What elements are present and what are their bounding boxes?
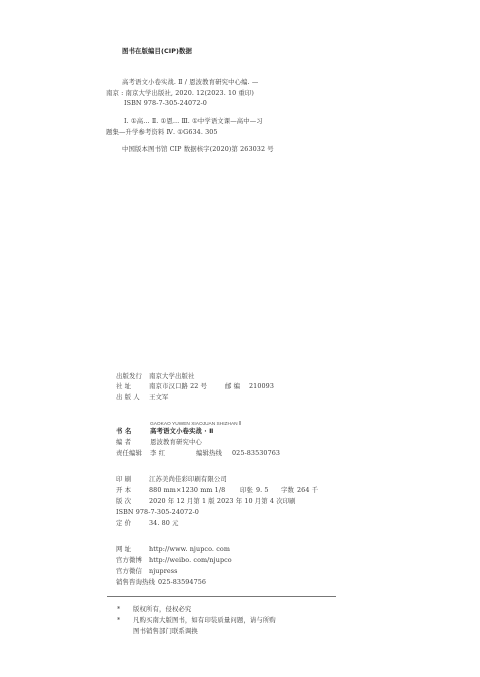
wechat-row: 官方微信njupress xyxy=(116,567,178,576)
note-replacement: *凡购买南大版图书，如有印装质量问题，请与所购 xyxy=(117,616,276,625)
edition-value: 2020 年 12 月第 1 版 2023 年 10 月第 4 次印刷 xyxy=(149,497,296,506)
book-title-row: 书 名高考语文小卷实战 · Ⅱ xyxy=(116,427,213,436)
printer-value: 江苏美尚佳彩印刷有限公司 xyxy=(149,475,227,484)
website-value: http://www. njupco. com xyxy=(149,545,230,554)
issuer-label: 出版发行 xyxy=(116,372,149,381)
words-value: 264 千 xyxy=(297,486,318,495)
hotline-value: 025-83530763 xyxy=(232,449,280,458)
resp-editor-value: 李 红 xyxy=(150,449,196,458)
sales-label: 销售咨询热线 xyxy=(116,578,158,587)
address-label: 社 址 xyxy=(116,382,149,391)
divider-rule xyxy=(107,596,336,597)
cip-isbn: ISBN 978-7-305-24072-0 xyxy=(124,99,207,108)
publisher-person-value: 王文军 xyxy=(149,393,168,402)
price-label: 定 价 xyxy=(116,519,149,528)
cip-heading: 图书在版编目(CIP)数据 xyxy=(122,47,192,56)
copyright-page: 图书在版编目(CIP)数据 高考语文小卷实战. Ⅱ / 恩波教育研究中心编. —… xyxy=(0,0,480,677)
editor-label: 编 者 xyxy=(116,438,150,447)
postcode-value: 210093 xyxy=(249,382,274,391)
note-replacement-text: 凡购买南大版图书，如有印装质量问题，请与所购 xyxy=(133,616,276,624)
postcode-label: 邮 编 xyxy=(225,382,249,391)
price-value: 34. 80 元 xyxy=(149,519,179,528)
weibo-label: 官方微博 xyxy=(116,556,149,565)
sales-value: 025-83594756 xyxy=(158,578,206,587)
address-value: 南京市汉口路 22 号 xyxy=(149,382,225,391)
website-label: 网 址 xyxy=(116,545,149,554)
publisher-person-label: 出 版 人 xyxy=(116,393,149,402)
wechat-value: njupress xyxy=(149,567,178,576)
wechat-label: 官方微信 xyxy=(116,567,149,576)
bullet-icon: * xyxy=(117,605,133,614)
book-resp-editor-row: 责任编辑李 红编辑热线025-83530763 xyxy=(116,449,280,458)
sheets-value: 9. 5 xyxy=(256,486,281,495)
format-row: 开 本880 mm×1230 mm 1/8印张9. 5字数264 千 xyxy=(116,486,318,495)
format-label: 开 本 xyxy=(116,486,149,495)
weibo-value: http://weibo. com/njupco xyxy=(149,556,232,565)
note-copyright: *版权所有，侵权必究 xyxy=(117,605,191,614)
issuer-value: 南京大学出版社 xyxy=(149,372,194,381)
edition-row: 版 次2020 年 12 月第 1 版 2023 年 10 月第 4 次印刷 xyxy=(116,497,296,506)
cip-line-2: 南京 : 南京大学出版社, 2020. 12(2023. 10 重印) xyxy=(106,89,254,98)
sheets-label: 印张 xyxy=(240,486,256,495)
format-value: 880 mm×1230 mm 1/8 xyxy=(149,486,240,495)
title-value: 高考语文小卷实战 · Ⅱ xyxy=(150,427,213,436)
isbn-row: ISBN 978-7-305-24072-0 xyxy=(116,508,199,517)
words-label: 字数 xyxy=(281,486,297,495)
weibo-row: 官方微博http://weibo. com/njupco xyxy=(116,556,232,565)
printer-row: 印 刷江苏美尚佳彩印刷有限公司 xyxy=(116,475,227,484)
publisher-person-row: 出 版 人王文军 xyxy=(116,393,168,402)
website-row: 网 址http://www. njupco. com xyxy=(116,545,230,554)
cip-subjects-1: Ⅰ. ①高… Ⅱ. ①恩… Ⅲ. ①中学语文课—高中—习 xyxy=(124,117,263,126)
price-row: 定 价34. 80 元 xyxy=(116,519,179,528)
title-label: 书 名 xyxy=(116,427,150,436)
note-replacement-cont: 图书销售部门联系调换 xyxy=(133,627,198,636)
book-editor-row: 编 者恩波教育研究中心 xyxy=(116,438,202,447)
printer-label: 印 刷 xyxy=(116,475,149,484)
publisher-issuer-row: 出版发行南京大学出版社 xyxy=(116,372,194,381)
editor-value: 恩波教育研究中心 xyxy=(150,438,202,447)
cip-subjects-2: 题集—升学参考资料 Ⅳ. ①G634. 305 xyxy=(106,128,218,137)
edition-label: 版 次 xyxy=(116,497,149,506)
cip-record-number: 中国版本图书馆 CIP 数据核字(2020)第 263032 号 xyxy=(122,145,274,154)
hotline-label: 编辑热线 xyxy=(196,449,232,458)
publisher-address-row: 社 址南京市汉口路 22 号邮 编210093 xyxy=(116,382,274,391)
resp-editor-label: 责任编辑 xyxy=(116,449,150,458)
cip-line-1: 高考语文小卷实战. Ⅱ / 恩波教育研究中心编. — xyxy=(122,78,258,87)
note-copyright-text: 版权所有，侵权必究 xyxy=(133,605,191,613)
sales-hotline-row: 销售咨询热线025-83594756 xyxy=(116,578,206,587)
bullet-icon: * xyxy=(117,616,133,625)
